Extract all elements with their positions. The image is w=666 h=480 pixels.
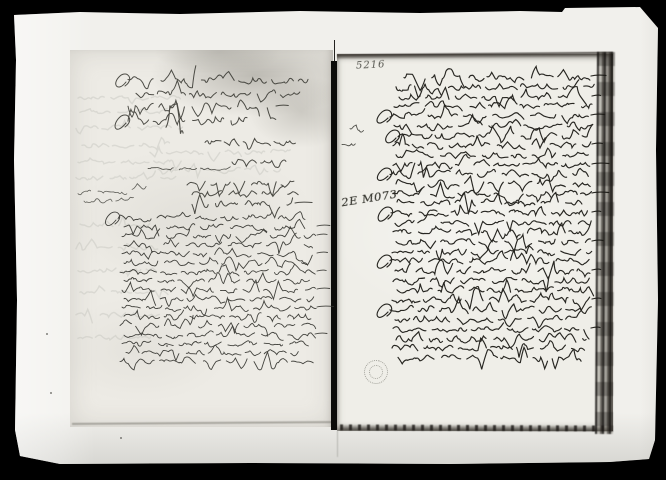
book-page-edges — [595, 52, 615, 434]
right-page-bottom-edge — [340, 424, 613, 431]
dust-speck — [50, 392, 52, 394]
dust-speck — [46, 333, 48, 335]
binding-gutter-shadow — [337, 430, 338, 457]
dust-speck — [166, 345, 168, 347]
dust-speck — [120, 437, 122, 439]
round-stamp-inner-ring — [367, 363, 384, 380]
binding-gutter — [331, 61, 338, 430]
folio-annotation: 5216 — [356, 59, 386, 72]
left-page — [70, 50, 333, 427]
scanned-document: 5216 2E M073 — [0, 0, 666, 480]
